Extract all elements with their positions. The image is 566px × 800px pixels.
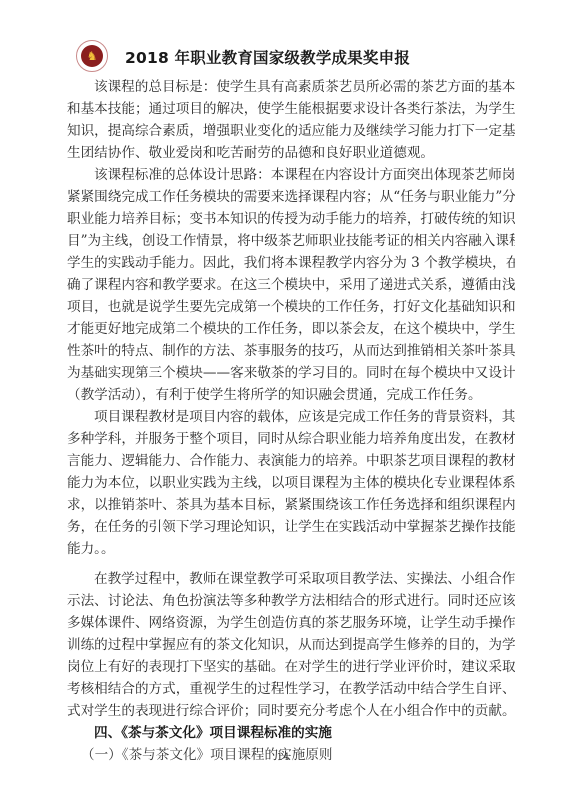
text-line: 才能更好地完成第二个模块的工作任务，即以茶会友，在这个模块中，学生学会了五种代表: [67, 318, 515, 340]
text-line: 确了课程内容和教学要求。在这三个模块中，采用了递进式关系，遵循由浅入深的原则设计: [67, 274, 515, 296]
text-line: 能力为本位，以职业实践为主线，以项目课程为主体的模块化专业课程体系”的总体设计要: [67, 472, 515, 494]
text-line: （教学活动），有利于使学生将所学的知识融会贯通，完成工作任务。: [67, 384, 515, 406]
paragraph-teaching-process: 在教学过程中，教师在课堂教学可采取项目教学法、实操法、小组合作学习法、教师演 示…: [67, 568, 515, 722]
paragraph-design-approach: 该课程标准的总体设计思路：本课程在内容设计方面突出体现茶艺师岗位职业能力本位， …: [67, 164, 515, 406]
text-line: 学生的实践动手能力。因此，我们将本课程教学内容分为 3 个教学模块，在每个模块中…: [67, 252, 515, 274]
header-title: 2018 年职业教育国家级教学成果奖申报: [125, 46, 410, 68]
text-line: 职业能力培养目标；变书本知识的传授为动手能力的培养，打破传统的知识传授方式，以“…: [67, 208, 515, 230]
text-line: 项目，也就是说学生要先完成第一个模块的工作任务，打好文化基础知识和技能基础知识，: [67, 296, 515, 318]
text-line: 务，在任务的引领下学习理论知识，让学生在实践活动中掌握茶艺操作技能，提高职业岗位: [67, 516, 515, 538]
text-line: 为基础实现第三个模块——客来敬茶的学习目的。同时在每个模块中又设计不同的训练模块: [67, 362, 515, 384]
text-line: 式对学生的表现进行综合评价；同时要充分考虑个人在小组合作中的贡献。: [67, 700, 515, 722]
text-line: 和基本技能；通过项目的解决，使学生能根据要求设计各类行茶法，为学生正确运用茶文化: [67, 98, 515, 120]
text-line: 该课程标准的总体设计思路：本课程在内容设计方面突出体现茶艺师岗位职业能力本位，: [67, 164, 515, 186]
paragraph-course-goal: 该课程的总目标是：使学生具有高素质茶艺员所必需的茶艺方面的基本理论、基本知识 和…: [67, 76, 515, 164]
horse-emblem-icon: ♞: [81, 45, 103, 67]
text-line: 性茶叶的特点、制作的方法、茶事服务的技巧，从而达到推销相关茶叶茶具的目的，并以此: [67, 340, 515, 362]
text-line: 项目课程教材是项目内容的载体，应该是完成工作任务的背景资料，其知识内容来自于: [67, 406, 515, 428]
document-page: ♞ 2018 年职业教育国家级教学成果奖申报 该课程的总目标是：使学生具有高素质…: [0, 0, 566, 800]
text-line: 考核相结合的方式，重视学生的过程性学习，在教学活动中结合学生自评、他评和师评的形: [67, 678, 515, 700]
text-line: 在教学过程中，教师在课堂教学可采取项目教学法、实操法、小组合作学习法、教师演: [67, 568, 515, 590]
text-line: 该课程的总目标是：使学生具有高素质茶艺员所必需的茶艺方面的基本理论、基本知识: [67, 76, 515, 98]
document-body: 该课程的总目标是：使学生具有高素质茶艺员所必需的茶艺方面的基本理论、基本知识 和…: [67, 76, 515, 766]
page-number: 14: [0, 752, 566, 763]
text-line: 能力。。: [67, 538, 515, 560]
paragraph-textbook: 项目课程教材是项目内容的载体，应该是完成工作任务的背景资料，其知识内容来自于 多…: [67, 406, 515, 560]
text-line: 训练的过程中掌握应有的茶文化知识，从而达到提高学生修养的目的，为学生在日后的工作: [67, 634, 515, 656]
text-line: 岗位上有好的表现打下坚实的基础。在对学生的进行学业评价时，建议采取理论考核与实操: [67, 656, 515, 678]
text-line: 知识，提高综合素质，增强职业变化的适应能力及继续学习能力打下一定基础；从而培养学: [67, 120, 515, 142]
text-line: 多媒体课件、网络资源，为学生创造仿真的茶艺服务环境，让学生动手操作，合作学习，在: [67, 612, 515, 634]
text-line: 求，以推销茶叶、茶具为基本目标，紧紧围绕该工作任务选择和组织课程内容，突出工作任: [67, 494, 515, 516]
section-heading: 四、《茶与茶文化》项目课程标准的实施: [67, 722, 515, 744]
text-line: 多种学科，并服务于整个项目，同时从综合职业能力培养角度出发，在教材中应十分注意语: [67, 428, 515, 450]
text-line: 生团结协作、敬业爱岗和吃苦耐劳的品德和良好职业道德观。: [67, 142, 515, 164]
page-header: ♞ 2018 年职业教育国家级教学成果奖申报: [76, 38, 108, 74]
school-emblem-icon: ♞: [76, 40, 108, 72]
text-line: 目”为主线，创设工作情景，将中级茶艺师职业技能考证的相关内容融入课程教学中，培养: [67, 230, 515, 252]
text-line: 紧紧围绕完成工作任务模块的需要来选择课程内容；从“任务与职业能力”分析出发，设定: [67, 186, 515, 208]
text-line: 言能力、逻辑能力、合作能力、表演能力的培养。中职茶艺项目课程的教材编写，要坚持“…: [67, 450, 515, 472]
text-line: 示法、讨论法、角色扮演法等多种教学方法相结合的形式进行。同时还应该充分利用投影、: [67, 590, 515, 612]
